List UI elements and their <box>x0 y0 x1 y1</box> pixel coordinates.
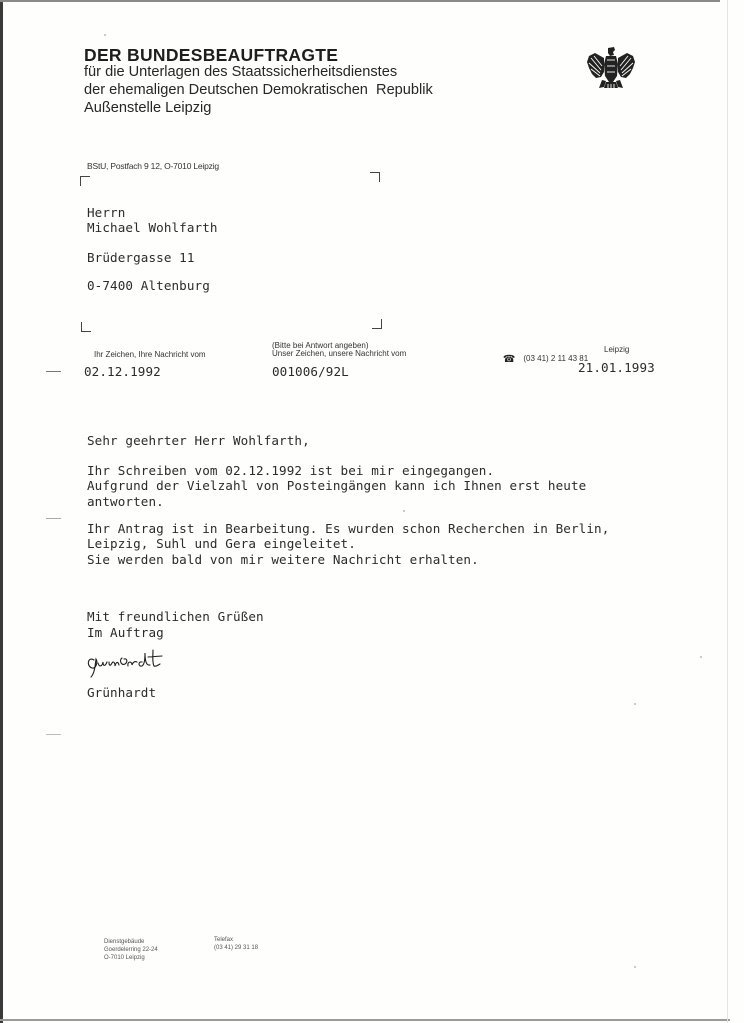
signer-name: Grünhardt <box>87 685 156 700</box>
letterhead-line-2: der ehemaligen Deutschen Demokratischen … <box>84 82 433 98</box>
letterhead-line-1: für die Unterlagen des Staatssicherheits… <box>84 64 397 80</box>
our-reference-label: Unser Zeichen, unsere Nachricht vom <box>272 349 406 358</box>
handwritten-signature <box>84 648 184 678</box>
window-corner-mark <box>372 319 382 329</box>
fold-mark <box>46 518 61 519</box>
closing-phrase: Mit freundlichen Grüßen <box>87 609 264 624</box>
scan-edge-right <box>727 0 728 1023</box>
recipient-street: Brüdergasse 11 <box>87 250 195 265</box>
fold-mark <box>46 734 61 735</box>
body-line: Ihr Schreiben vom 02.12.1992 ist bei mir… <box>87 463 494 478</box>
scan-speck <box>634 966 636 968</box>
letter-page: DER BUNDESBEAUFTRAGTE für die Unterlagen… <box>0 0 744 1023</box>
body-line: Aufgrund der Vielzahl von Posteingängen … <box>87 478 586 493</box>
footer-fax-number: (03 41) 29 31 18 <box>214 945 258 951</box>
footer-fax-label: Telefax <box>214 937 233 943</box>
window-corner-mark <box>80 176 90 186</box>
recipient-city: 0-7400 Altenburg <box>87 278 210 293</box>
phone-block: ☎(03 41) 2 11 43 81 <box>494 345 588 374</box>
letter-date: 21.01.1993 <box>578 360 655 375</box>
body-line: Ihr Antrag ist in Bearbeitung. Es wurden… <box>87 521 609 536</box>
body-line: antworten. <box>87 494 164 509</box>
scan-speck <box>634 703 636 705</box>
scan-speck <box>104 34 106 36</box>
place-label: Leipzig <box>604 345 629 354</box>
window-corner-mark <box>370 172 380 182</box>
footer-office-label: Dienstgebäude <box>104 939 144 945</box>
fold-mark <box>46 371 61 372</box>
footer-office-address: Dienstgebäude Goerdelerring 22-24 O-7010… <box>104 938 158 962</box>
footer-office-street: Goerdelerring 22-24 <box>104 947 158 953</box>
greeting: Sehr geehrter Herr Wohlfarth, <box>87 433 310 448</box>
closing-on-behalf: Im Auftrag <box>87 625 164 640</box>
telephone-icon: ☎ <box>503 354 515 365</box>
letterhead-org-name: DER BUNDESBEAUFTRAGTE <box>84 45 338 66</box>
your-reference-value: 02.12.1992 <box>84 364 161 379</box>
scan-speck <box>700 656 702 658</box>
federal-eagle-icon <box>585 44 637 94</box>
our-reference-value: 001006/92L <box>272 364 349 379</box>
footer-office-city: O-7010 Leipzig <box>104 955 145 961</box>
scan-edge-top <box>0 0 720 2</box>
body-line: Sie werden bald von mir weitere Nachrich… <box>87 552 479 567</box>
window-corner-mark <box>81 322 91 332</box>
sender-return-address: BStU, Postfach 9 12, O-7010 Leipzig <box>87 161 219 171</box>
letterhead-line-3: Außenstelle Leipzig <box>84 100 211 116</box>
scan-edge-bottom <box>0 1019 730 1021</box>
scan-speck <box>403 510 405 512</box>
scan-edge-left <box>0 0 3 1023</box>
body-line: Leipzig, Suhl und Gera eingeleitet. <box>87 536 356 551</box>
footer-fax: Telefax (03 41) 29 31 18 <box>214 936 258 952</box>
recipient-salutation: Herrn <box>87 205 125 220</box>
recipient-name: Michael Wohlfarth <box>87 220 218 235</box>
your-reference-label: Ihr Zeichen, Ihre Nachricht vom <box>94 350 206 359</box>
